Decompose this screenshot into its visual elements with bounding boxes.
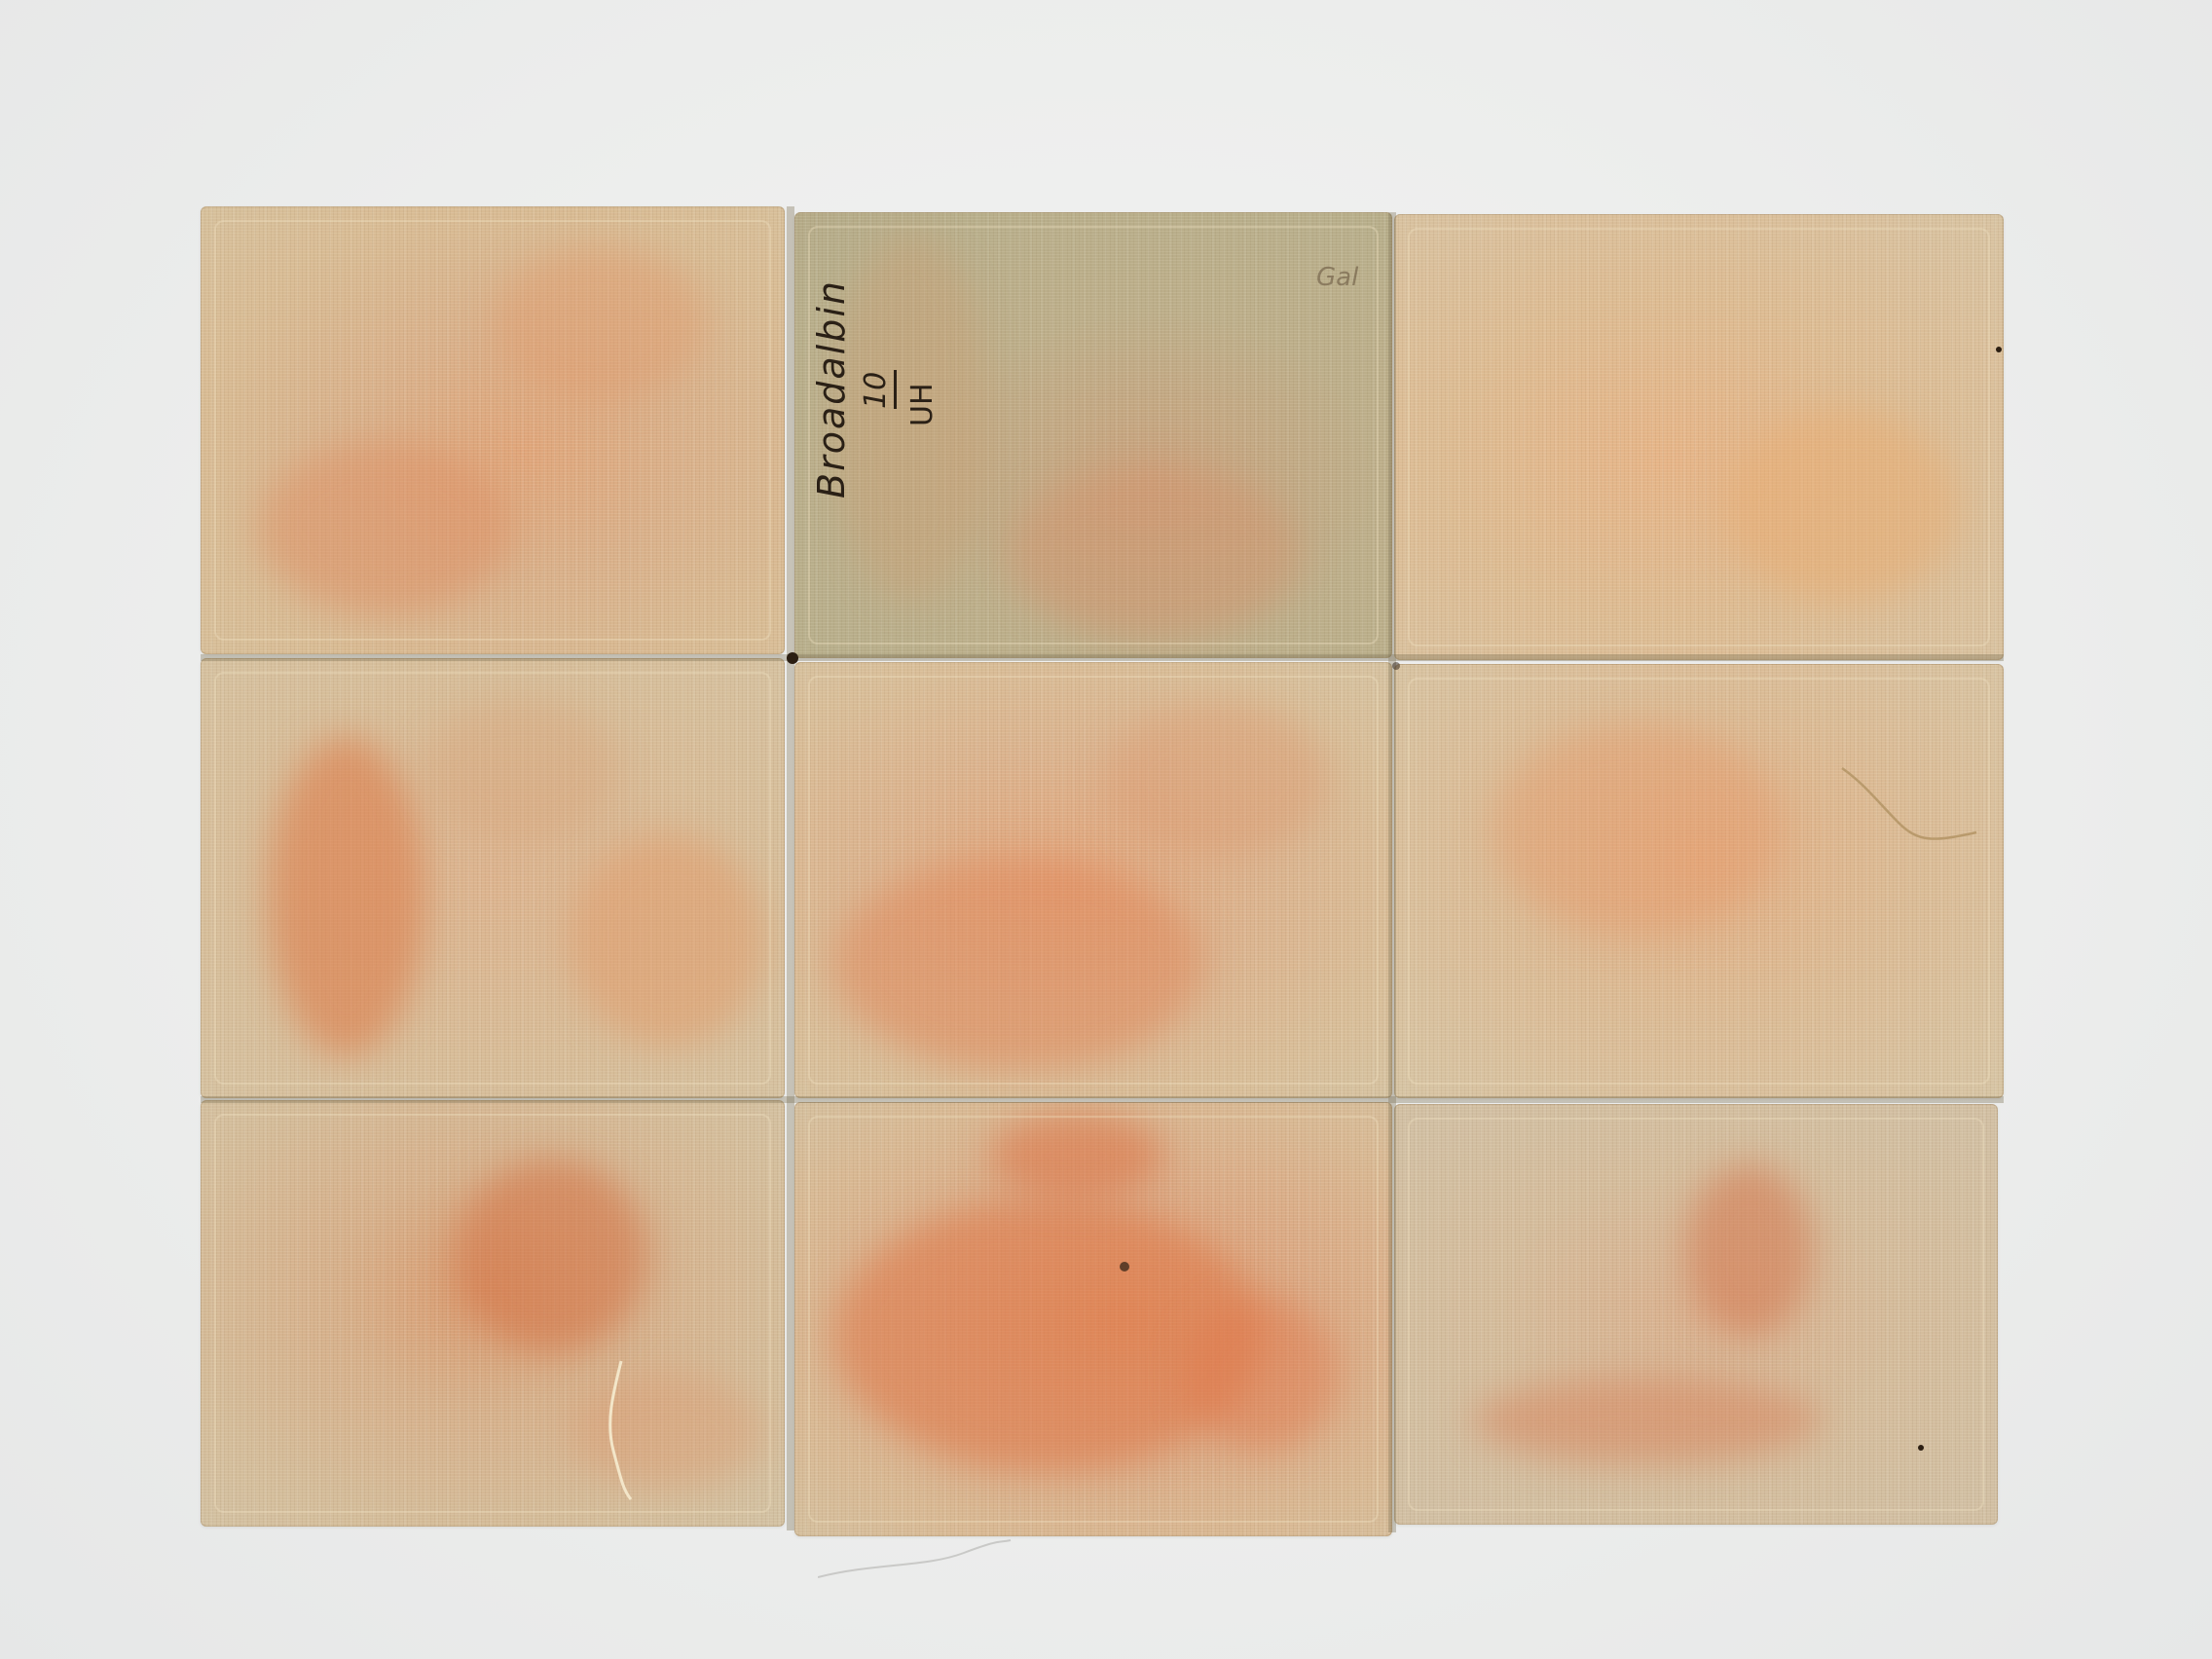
loose-thread bbox=[818, 1538, 1013, 1597]
place-name-text: Broadalbin bbox=[810, 279, 853, 498]
map-panel-middle-left bbox=[201, 658, 785, 1098]
fold-line-left bbox=[787, 206, 794, 1530]
map-panel-top-right bbox=[1394, 214, 2004, 660]
folded-map-back: Broadalbin 10 UH Gal bbox=[0, 0, 2212, 1659]
map-panel-middle-right bbox=[1394, 664, 2004, 1098]
fraction-bar bbox=[894, 370, 897, 409]
map-panel-top-left bbox=[201, 206, 785, 654]
ink-cross-mark bbox=[1120, 1262, 1129, 1272]
fold-hole-mark bbox=[787, 652, 798, 664]
place-name-inscription: Broadalbin bbox=[810, 279, 853, 498]
fold-line-top bbox=[201, 654, 2004, 661]
ink-dot bbox=[1996, 347, 2002, 352]
map-panel-bottom-right bbox=[1394, 1104, 1998, 1525]
map-panel-top-center bbox=[794, 212, 1392, 658]
pencil-mark: Gal bbox=[1316, 263, 1358, 292]
ink-dot bbox=[1918, 1445, 1924, 1451]
map-panel-bottom-left bbox=[201, 1100, 785, 1527]
sheet-number-numerator: 10 bbox=[859, 372, 893, 409]
map-panel-middle-center bbox=[794, 662, 1392, 1098]
map-panel-bottom-center bbox=[794, 1102, 1392, 1536]
fold-line-right bbox=[1388, 212, 1396, 1532]
loose-thread bbox=[584, 1353, 643, 1509]
fold-hole-mark bbox=[1392, 662, 1400, 670]
fold-line-bottom bbox=[201, 1096, 2004, 1103]
sheet-number-denominator: UH bbox=[905, 383, 940, 426]
loose-thread bbox=[1840, 764, 1986, 852]
